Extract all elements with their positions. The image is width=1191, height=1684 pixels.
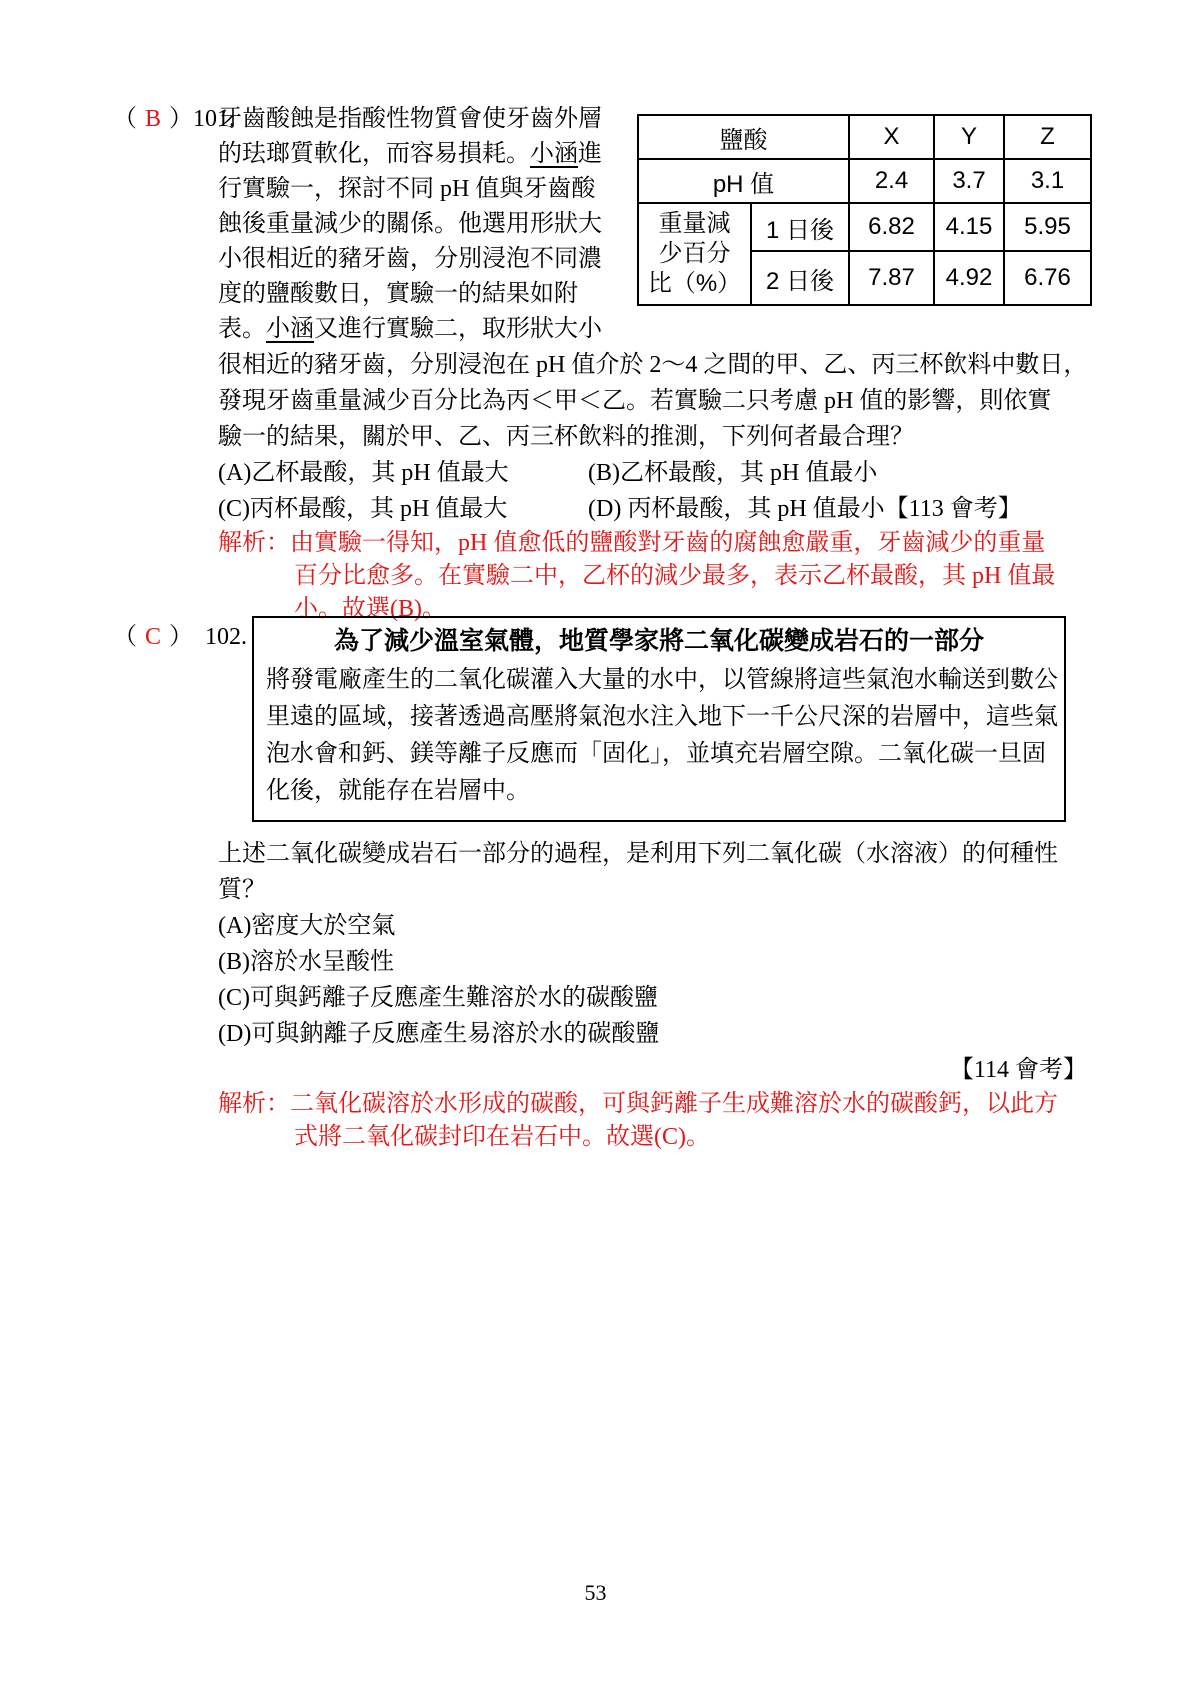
exam-source-102: 【114 會考】 [113, 1052, 1093, 1088]
q102-explanation-line: 式將二氧化碳封印在岩石中。故選(C)。 [113, 1121, 1093, 1154]
answer-marker-102: （ C ） 102. [113, 620, 247, 655]
q101-options-row: (A)乙杯最酸，其 pH 值最大 (B)乙杯最酸，其 pH 值最小 [113, 455, 1093, 491]
q101-text-line: 的珐瑯質軟化，而容易損耗。小涵進 [113, 137, 1093, 172]
q101-text-line: 驗一的結果，關於甲、乙、丙三杯飲料的推測，下列何者最合理？ [113, 419, 1093, 455]
text-segment: 的珐瑯質軟化，而容易損耗。 [218, 141, 530, 167]
option-d-with-source: (D) 丙杯最酸，其 pH 值最小【113 會考】 [588, 491, 1022, 527]
q101-text-line: 很相近的豬牙齒，分別浸泡在 pH 值介於 2～4 之間的甲、乙、丙三杯飲料中數日… [113, 347, 1093, 383]
q102-text-line: 質？ [113, 872, 1093, 908]
q101-text-line: 小很相近的豬牙齒，分別浸泡不同濃 [113, 242, 1093, 277]
q102-explanation-line: 解析：二氧化碳溶於水形成的碳酸，可與鈣離子生成難溶於水的碳酸鈣，以此方 [113, 1088, 1093, 1121]
reading-box: 為了減少溫室氣體，地質學家將二氧化碳變成岩石的一部分 將發電廠產生的二氧化碳灌入… [252, 616, 1066, 822]
underlined-name: 小涵 [266, 316, 314, 342]
reading-box-line: 里遠的區域，接著透過高壓將氣泡水注入地下一千公尺深的岩層中，這些氣 [266, 699, 1052, 736]
option-c: (C)可與鈣離子反應產生難溶於水的碳酸鹽 [113, 980, 1093, 1016]
reading-box-line: 泡水會和鈣、鎂等離子反應而「固化」，並填充岩層空隙。二氧化碳一旦固 [266, 736, 1052, 773]
reading-box-line: 化後，就能存在岩層中。 [266, 773, 1052, 810]
text-segment: 進 [578, 141, 602, 167]
underlined-name: 小涵 [530, 141, 578, 167]
exam-source-101: 【113 會考】 [885, 496, 1022, 522]
q101-options-row: (C)丙杯最酸，其 pH 值最大 (D) 丙杯最酸，其 pH 值最小【113 會… [113, 491, 1093, 527]
option-b: (B)溶於水呈酸性 [113, 944, 1093, 980]
q101-text-line: 發現牙齒重量減少百分比為丙＜甲＜乙。若實驗二只考慮 pH 值的影響，則依實 [113, 383, 1093, 419]
paren-close: ） [169, 624, 193, 650]
q102-text-line: 上述二氧化碳變成岩石一部分的過程，是利用下列二氧化碳（水溶液）的何種性 [113, 836, 1093, 872]
text-segment: 又進行實驗二，取形狀大小 [314, 316, 602, 342]
reading-box-line: 將發電廠產生的二氧化碳灌入大量的水中，以管線將這些氣泡水輸送到數公 [266, 662, 1052, 699]
option-d: (D)可與鈉離子反應產生易溶於水的碳酸鹽 [113, 1016, 1093, 1052]
option-c: (C)丙杯最酸，其 pH 值最大 [218, 491, 507, 527]
q101-text-line: 表。小涵又進行實驗二，取形狀大小 [113, 312, 1093, 347]
q101-explanation-line: 百分比愈多。在實驗二中，乙杯的減少最多，表示乙杯最酸，其 pH 值最 [113, 560, 1093, 593]
page-number: 53 [0, 1580, 1191, 1606]
reading-box-title: 為了減少溫室氣體，地質學家將二氧化碳變成岩石的一部分 [266, 622, 1052, 662]
option-a: (A)密度大於空氣 [113, 908, 1093, 944]
question-number-102: 102. [205, 624, 247, 650]
option-b: (B)乙杯最酸，其 pH 值最小 [588, 455, 877, 491]
text-segment: 表。 [218, 316, 266, 342]
answer-letter-102: C [143, 624, 163, 650]
paren-open: （ [113, 624, 137, 650]
q101-text-line: 行實驗一，探討不同 pH 值與牙齒酸 [113, 172, 1093, 207]
option-d: (D) 丙杯最酸，其 pH 值最小 [588, 496, 885, 522]
question-101: （ B ）101. 鹽酸 X Y Z pH 值 2.4 3.7 3.1 重量減 … [113, 102, 1093, 626]
q101-text-line: 蝕後重量減少的關係。他選用形狀大 [113, 207, 1093, 242]
option-a: (A)乙杯最酸，其 pH 值最大 [218, 455, 509, 491]
q101-text-line: 度的鹽酸數日，實驗一的結果如附 [113, 277, 1093, 312]
q101-text-line: 牙齒酸蝕是指酸性物質會使牙齒外層 [113, 102, 1093, 137]
question-102: （ C ） 102. 為了減少溫室氣體，地質學家將二氧化碳變成岩石的一部分 將發… [113, 616, 1093, 1154]
q101-explanation-line: 解析：由實驗一得知，pH 值愈低的鹽酸對牙齒的腐蝕愈嚴重，牙齒減少的重量 [113, 527, 1093, 560]
